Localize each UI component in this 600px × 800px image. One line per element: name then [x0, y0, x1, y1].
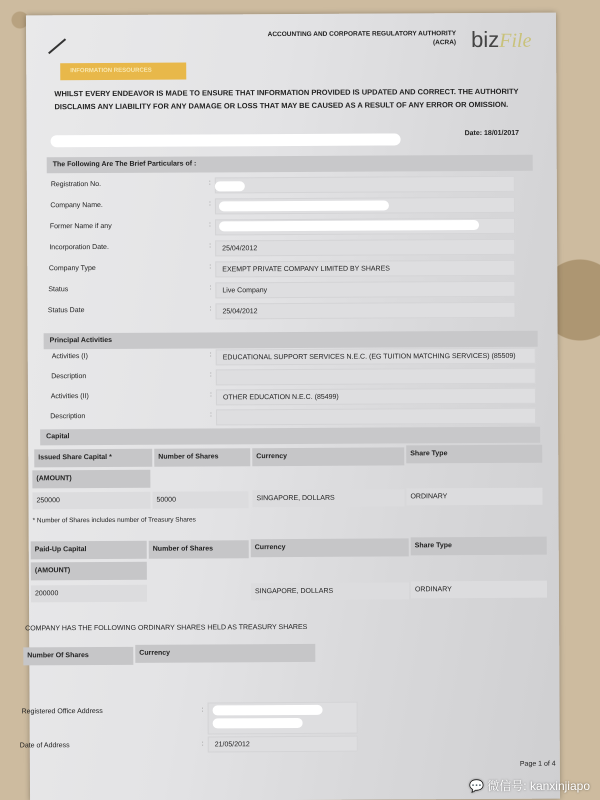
information-resources-badge: INFORMATION RESOURCES [60, 63, 186, 81]
activity-label: Description [51, 373, 86, 380]
paid-up-share-type-header: Share Type [411, 537, 547, 556]
activity-value: OTHER EDUCATION N.E.C. (85499) [216, 388, 536, 406]
document-date: Date: 18/01/2017 [465, 130, 520, 137]
registered-office-field [208, 702, 358, 735]
redacted-address-line1 [213, 705, 323, 716]
redacted-value [219, 200, 389, 211]
paid-up-capital-header: Paid-Up Capital [31, 541, 147, 560]
page-number: Page 1 of 4 [520, 761, 556, 768]
pen-mark [48, 38, 66, 54]
redacted-value [215, 181, 245, 191]
colon: : [202, 706, 204, 713]
authority-header: ACCOUNTING AND CORPORATE REGULATORY AUTH… [266, 29, 456, 48]
particular-label: Registration No. [51, 181, 101, 188]
bizfile-logo: bizFile [471, 27, 531, 53]
date-of-address-label: Date of Address [20, 742, 70, 749]
principal-activities-header: Principal Activities [44, 331, 538, 350]
colon: : [209, 200, 211, 207]
colon: : [209, 221, 211, 228]
treasury-shares-header: Number Of Shares [23, 647, 133, 666]
particular-label: Status [48, 286, 68, 293]
particular-value: Live Company [215, 281, 515, 299]
paid-up-currency-header: Currency [251, 538, 409, 557]
treasury-note: * Number of Shares includes number of Tr… [33, 517, 196, 525]
disclaimer: WHILST EVERY ENDEAVOR IS MADE TO ENSURE … [54, 85, 524, 113]
capital-section-header: Capital [40, 427, 540, 446]
particular-label: Incorporation Date. [49, 244, 109, 251]
treasury-shares-title: COMPANY HAS THE FOLLOWING ORDINARY SHARE… [25, 624, 307, 632]
colon: : [209, 242, 211, 249]
particular-value [215, 176, 515, 194]
particular-value: 25/04/2012 [215, 239, 515, 257]
paid-up-amount-value: 200000 [31, 585, 147, 603]
colon: : [209, 305, 211, 312]
colon: : [210, 371, 212, 378]
colon: : [209, 263, 211, 270]
paid-up-share-type-value: ORDINARY [411, 581, 547, 599]
issued-capital-header: Issued Share Capital * [34, 449, 152, 468]
particular-label: Former Name if any [50, 223, 112, 230]
activity-label: Activities (II) [51, 393, 89, 400]
activity-value [216, 408, 536, 426]
paid-up-currency-value: SINGAPORE, DOLLARS [251, 582, 409, 600]
issued-share-type-header: Share Type [406, 445, 542, 464]
issued-amount-subheader: (AMOUNT) [32, 470, 150, 489]
wechat-watermark: 💬 微信号: kanxinjiapo [469, 777, 590, 794]
activity-label: Activities (I) [52, 353, 88, 360]
particulars-section-header: The Following Are The Brief Particulars … [47, 155, 533, 174]
colon: : [210, 391, 212, 398]
particular-value: 25/04/2012 [215, 302, 515, 320]
paid-up-shares-header: Number of Shares [149, 540, 249, 559]
activity-value: EDUCATIONAL SUPPORT SERVICES N.E.C. (EG … [216, 348, 536, 366]
issued-shares-value: 50000 [152, 491, 248, 509]
issued-share-type-value: ORDINARY [406, 488, 542, 506]
treasury-currency-header: Currency [135, 644, 315, 663]
date-of-address-value: 21/05/2012 [208, 736, 358, 753]
particular-value: EXEMPT PRIVATE COMPANY LIMITED BY SHARES [215, 260, 515, 278]
colon: : [210, 411, 212, 418]
activity-value [216, 368, 536, 386]
registered-office-label: Registered Office Address [22, 708, 103, 715]
activity-label: Description [50, 413, 85, 420]
issued-amount-value: 250000 [32, 492, 150, 510]
redacted-address-line2 [213, 718, 303, 728]
particular-label: Company Name. [50, 202, 103, 209]
colon: : [202, 740, 204, 747]
particular-label: Company Type [49, 265, 96, 272]
redacted-value [219, 220, 479, 231]
document-page: ACCOUNTING AND CORPORATE REGULATORY AUTH… [26, 13, 560, 800]
redacted-company-heading [51, 133, 401, 147]
particular-label: Status Date [48, 307, 85, 314]
authority-abbr: (ACRA) [266, 38, 456, 48]
issued-currency-header: Currency [252, 447, 404, 466]
colon: : [209, 284, 211, 291]
paid-up-amount-subheader: (AMOUNT) [31, 562, 147, 581]
colon: : [209, 179, 211, 186]
issued-currency-value: SINGAPORE, DOLLARS [252, 489, 404, 507]
wechat-icon: 💬 [469, 779, 487, 793]
authority-name: ACCOUNTING AND CORPORATE REGULATORY AUTH… [266, 29, 456, 39]
colon: : [210, 351, 212, 358]
issued-shares-header: Number of Shares [154, 448, 250, 467]
